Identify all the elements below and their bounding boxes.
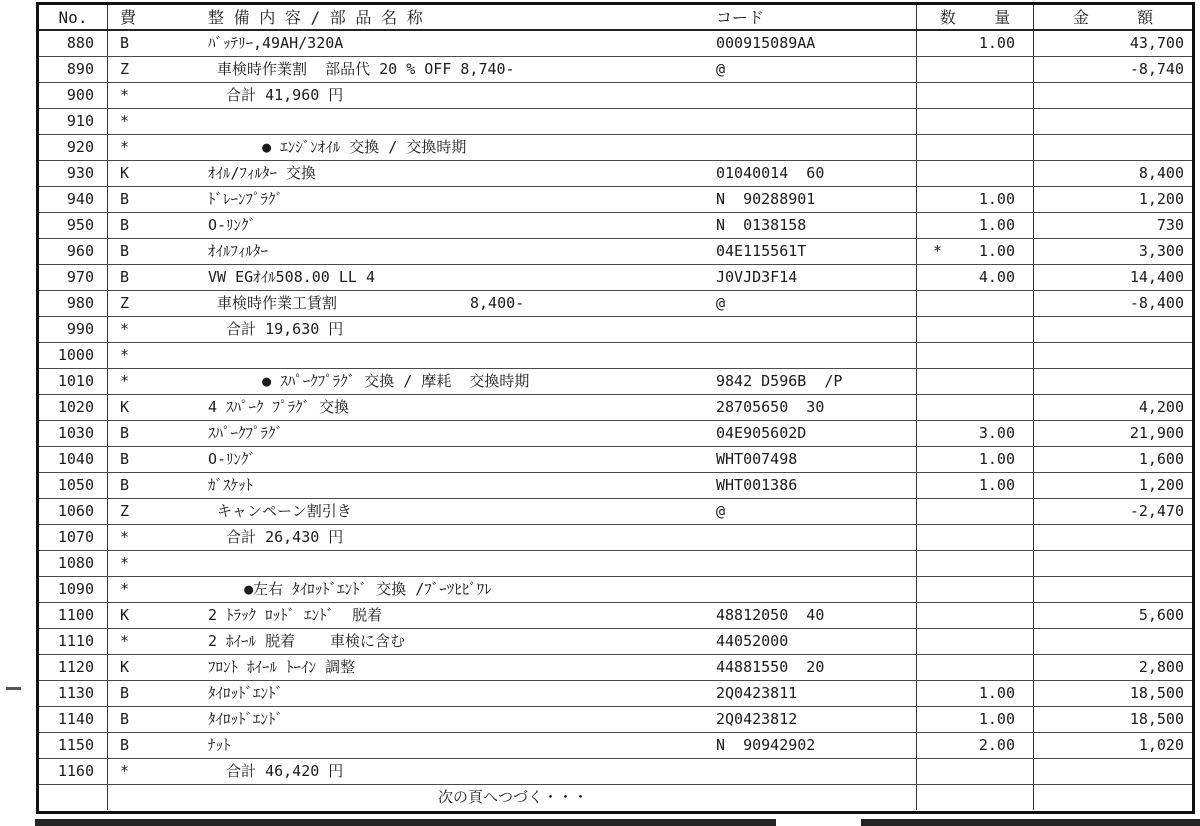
cell-desc-text: VW EGｵｲﾙ508.00 LL 4 [208, 268, 375, 286]
cell-desc: 2 ﾄﾗｯｸ ﾛｯﾄﾞ ｴﾝﾄﾞ 脱着 [148, 603, 704, 628]
cell-middle: * [108, 109, 917, 134]
cell-qty [917, 525, 1034, 550]
cell-desc: キャンペーン割引き [148, 499, 704, 524]
cell-middle: * ●左右 ﾀｲﾛｯﾄﾞｴﾝﾄﾞ 交換 /ﾌﾞｰﾂﾋﾋﾞﾜﾚ [108, 577, 917, 602]
cell-code [704, 577, 916, 602]
cell-qty: 3.00 [917, 421, 1034, 446]
cell-middle: * 合計 19,630 円 [108, 317, 917, 342]
table-row: 1030 B ｽﾊﾟｰｸﾌﾟﾗｸﾞ 04E905602D 3.00 21,900 [39, 421, 1192, 447]
cell-middle: * [108, 551, 917, 576]
cell-middle: * 2 ﾎｲｰﾙ 脱着車検に含む 44052000 [108, 629, 917, 654]
cell-middle: B ｶﾞｽｹｯﾄ WHT001386 [108, 473, 917, 498]
cell-fee: Z [108, 291, 148, 316]
cell-amount: 18,500 [1034, 681, 1192, 706]
cell-no: 1070 [39, 525, 108, 550]
cell-middle: B ﾊﾞｯﾃﾘｰ,49AH/320A 000915089AA [108, 31, 917, 56]
cell-desc-text: O-ﾘﾝｸﾞ [208, 216, 256, 234]
footer-code-cell [704, 785, 916, 810]
table-row: 910 * [39, 109, 1192, 135]
cell-no: 1090 [39, 577, 108, 602]
cell-code: 2Q0423812 [704, 707, 916, 732]
cell-qty [917, 577, 1034, 602]
cell-qty: 1.00 [917, 187, 1034, 212]
cell-code: N 90288901 [704, 187, 916, 212]
cell-fee: K [108, 161, 148, 186]
cell-qty [917, 291, 1034, 316]
cell-code [704, 343, 916, 368]
cell-middle: Z 車検時作業工賃割8,400- @ [108, 291, 917, 316]
cell-desc-text: ﾊﾞｯﾃﾘｰ,49AH/320A [208, 34, 343, 52]
cell-desc: 4 ｽﾊﾟｰｸ ﾌﾟﾗｸﾞ 交換 [148, 395, 704, 420]
cell-middle: * ● ｴﾝｼﾞﾝｵｲﾙ 交換 / 交換時期 [108, 135, 917, 160]
qty-value: 1.00 [979, 473, 1015, 498]
cell-amount [1034, 759, 1192, 784]
cell-amount [1034, 629, 1192, 654]
cell-middle: Z キャンペーン割引き @ [108, 499, 917, 524]
cell-qty [917, 135, 1034, 160]
cell-desc: ｶﾞｽｹｯﾄ [148, 473, 704, 498]
cell-code: N 90942902 [704, 733, 916, 758]
cell-no: 1040 [39, 447, 108, 472]
cell-fee: B [108, 187, 148, 212]
cell-code: 000915089AA [704, 31, 916, 56]
cell-no: 1080 [39, 551, 108, 576]
cell-desc: O-ﾘﾝｸﾞ [148, 447, 704, 472]
cell-code: 44052000 [704, 629, 916, 654]
cell-no: 960 [39, 239, 108, 264]
cell-code: @ [704, 291, 916, 316]
cell-qty [917, 759, 1034, 784]
qty-value: 2.00 [979, 733, 1015, 758]
cell-no: 980 [39, 291, 108, 316]
table-row: 1100 K 2 ﾄﾗｯｸ ﾛｯﾄﾞ ｴﾝﾄﾞ 脱着 48812050 40 5… [39, 603, 1192, 629]
table-row: 1120 K ﾌﾛﾝﾄ ﾎｲｰﾙ ﾄｰｲﾝ 調整 44881550 20 2,8… [39, 655, 1192, 681]
cell-desc: ﾅｯﾄ [148, 733, 704, 758]
cell-middle: Z 車検時作業割 部品代 20 % OFF 8,740- @ [108, 57, 917, 82]
footer-qty-cell [917, 785, 1034, 810]
cell-code: J0VJD3F14 [704, 265, 916, 290]
cell-amount: 1,020 [1034, 733, 1192, 758]
cell-fee: K [108, 395, 148, 420]
cell-qty [917, 83, 1034, 108]
cell-amount [1034, 551, 1192, 576]
cell-amount: 2,800 [1034, 655, 1192, 680]
cell-middle: * 合計 26,430 円 [108, 525, 917, 550]
cell-fee: B [108, 447, 148, 472]
cell-qty: 1.00 [917, 473, 1034, 498]
qty-flag: * [933, 239, 942, 264]
table-row: 960 B ｵｲﾙﾌｨﾙﾀｰ 04E115561T * 1.00 3,300 [39, 239, 1192, 265]
cell-desc-text: ﾀｲﾛｯﾄﾞｴﾝﾄﾞ [208, 684, 283, 702]
cell-desc: ｵｲﾙ/ﾌｨﾙﾀｰ 交換 [148, 161, 704, 186]
cell-middle: * 合計 41,960 円 [108, 83, 917, 108]
cell-fee: Z [108, 57, 148, 82]
cell-fee: K [108, 603, 148, 628]
cell-fee: K [108, 655, 148, 680]
cell-fee: B [108, 239, 148, 264]
cell-qty: 1.00 [917, 681, 1034, 706]
cell-fee: B [108, 421, 148, 446]
cell-middle: B ﾀｲﾛｯﾄﾞｴﾝﾄﾞ 2Q0423811 [108, 681, 917, 706]
table-row: 1080 * [39, 551, 1192, 577]
cell-no: 1000 [39, 343, 108, 368]
table-row: 970 B VW EGｵｲﾙ508.00 LL 4 J0VJD3F14 4.00… [39, 265, 1192, 291]
table-row: 1060 Z キャンペーン割引き @ -2,470 [39, 499, 1192, 525]
cell-code [704, 109, 916, 134]
cell-desc [148, 109, 704, 134]
qty-value: 1.00 [979, 707, 1015, 732]
cell-amount [1034, 317, 1192, 342]
cell-amount [1034, 577, 1192, 602]
table-row: 880 B ﾊﾞｯﾃﾘｰ,49AH/320A 000915089AA 1.00 … [39, 31, 1192, 57]
table-row: 1040 B O-ﾘﾝｸﾞ WHT007498 1.00 1,600 [39, 447, 1192, 473]
cell-middle: K 2 ﾄﾗｯｸ ﾛｯﾄﾞ ｴﾝﾄﾞ 脱着 48812050 40 [108, 603, 917, 628]
cell-code [704, 135, 916, 160]
cell-desc: ● ｴﾝｼﾞﾝｵｲﾙ 交換 / 交換時期 [148, 135, 704, 160]
qty-value: 3.00 [979, 421, 1015, 446]
header-middle: 費 整 備 内 容 / 部 品 名 称 コード [108, 5, 917, 29]
cell-code [704, 759, 916, 784]
cell-desc: ﾄﾞﾚｰﾝﾌﾟﾗｸﾞ [148, 187, 704, 212]
qty-value: 1.00 [979, 187, 1015, 212]
cell-qty [917, 629, 1034, 654]
cell-desc-text: ｶﾞｽｹｯﾄ [208, 476, 253, 494]
table-row: 900 * 合計 41,960 円 [39, 83, 1192, 109]
cell-amount: -2,470 [1034, 499, 1192, 524]
cell-desc-text: ｵｲﾙ/ﾌｨﾙﾀｰ 交換 [208, 164, 316, 182]
cell-middle: B O-ﾘﾝｸﾞ WHT007498 [108, 447, 917, 472]
cell-no: 1120 [39, 655, 108, 680]
cell-desc-text: ● ｴﾝｼﾞﾝｵｲﾙ 交換 / 交換時期 [208, 138, 466, 156]
cell-no: 890 [39, 57, 108, 82]
cell-amount: 21,900 [1034, 421, 1192, 446]
cell-amount: -8,740 [1034, 57, 1192, 82]
cell-desc-text: O-ﾘﾝｸﾞ [208, 450, 256, 468]
cell-no: 1140 [39, 707, 108, 732]
cell-amount: 3,300 [1034, 239, 1192, 264]
cell-code: 04E905602D [704, 421, 916, 446]
cell-qty [917, 655, 1034, 680]
cell-qty [917, 551, 1034, 576]
cell-no: 990 [39, 317, 108, 342]
cell-no: 1100 [39, 603, 108, 628]
cell-no: 940 [39, 187, 108, 212]
cell-middle: B ｵｲﾙﾌｨﾙﾀｰ 04E115561T [108, 239, 917, 264]
qty-value: 1.00 [979, 447, 1015, 472]
cell-qty: * 1.00 [917, 239, 1034, 264]
cell-no: 930 [39, 161, 108, 186]
qty-value: 1.00 [979, 31, 1015, 56]
qty-value: 1.00 [979, 239, 1015, 264]
qty-value: 1.00 [979, 213, 1015, 238]
cell-amount: 1,200 [1034, 187, 1192, 212]
cell-code: 48812050 40 [704, 603, 916, 628]
cell-qty [917, 317, 1034, 342]
cell-desc [148, 551, 704, 576]
cell-code: N 0138158 [704, 213, 916, 238]
cell-qty [917, 369, 1034, 394]
footer-middle-cell: 次の頁へつづく・・・ [108, 785, 917, 810]
cell-code: 9842 D596B /P [704, 369, 916, 394]
table-row: 1090 * ●左右 ﾀｲﾛｯﾄﾞｴﾝﾄﾞ 交換 /ﾌﾞｰﾂﾋﾋﾞﾜﾚ [39, 577, 1192, 603]
cell-middle: B ﾄﾞﾚｰﾝﾌﾟﾗｸﾞ N 90288901 [108, 187, 917, 212]
header-quantity: 数 量 [917, 5, 1034, 29]
cell-no: 970 [39, 265, 108, 290]
cell-fee: B [108, 213, 148, 238]
cell-middle: K ﾌﾛﾝﾄ ﾎｲｰﾙ ﾄｰｲﾝ 調整 44881550 20 [108, 655, 917, 680]
cell-desc: 合計 41,960 円 [148, 83, 704, 108]
cell-middle: B VW EGｵｲﾙ508.00 LL 4 J0VJD3F14 [108, 265, 917, 290]
cell-code [704, 525, 916, 550]
cell-code [704, 551, 916, 576]
cell-middle: * 合計 46,420 円 [108, 759, 917, 784]
cell-desc: ｵｲﾙﾌｨﾙﾀｰ [148, 239, 704, 264]
header-description: 整 備 内 容 / 部 品 名 称 [148, 5, 704, 29]
cell-desc: ﾀｲﾛｯﾄﾞｴﾝﾄﾞ [148, 707, 704, 732]
cell-no: 1010 [39, 369, 108, 394]
cell-desc: 合計 26,430 円 [148, 525, 704, 550]
invoice-table: No. 費 整 備 内 容 / 部 品 名 称 コード 数 量 金 額 880 … [36, 2, 1195, 814]
cell-desc-text: ● ｽﾊﾟｰｸﾌﾟﾗｸﾞ 交換 / 摩耗 交換時期 [208, 372, 529, 390]
table-row: 940 B ﾄﾞﾚｰﾝﾌﾟﾗｸﾞ N 90288901 1.00 1,200 [39, 187, 1192, 213]
cell-qty [917, 603, 1034, 628]
qty-value: 1.00 [979, 681, 1015, 706]
cell-amount [1034, 369, 1192, 394]
table-row: 930 K ｵｲﾙ/ﾌｨﾙﾀｰ 交換 01040014 60 8,400 [39, 161, 1192, 187]
cell-no: 1030 [39, 421, 108, 446]
cell-desc-text: 車検時作業工賃割 [208, 294, 337, 312]
cell-fee: B [108, 473, 148, 498]
cell-qty [917, 395, 1034, 420]
cell-desc: ●左右 ﾀｲﾛｯﾄﾞｴﾝﾄﾞ 交換 /ﾌﾞｰﾂﾋﾋﾞﾜﾚ [148, 577, 704, 602]
cell-desc-text: 合計 46,420 円 [208, 762, 343, 780]
cell-qty [917, 57, 1034, 82]
cell-code: 28705650 30 [704, 395, 916, 420]
cell-code: @ [704, 499, 916, 524]
cell-no: 910 [39, 109, 108, 134]
cell-code: 44881550 20 [704, 655, 916, 680]
cell-desc: ｽﾊﾟｰｸﾌﾟﾗｸﾞ [148, 421, 704, 446]
cell-code [704, 317, 916, 342]
continuation-note: 次の頁へつづく・・・ [208, 785, 704, 810]
cell-middle: B ｽﾊﾟｰｸﾌﾟﾗｸﾞ 04E905602D [108, 421, 917, 446]
cell-fee: B [108, 265, 148, 290]
cell-fee: * [108, 577, 148, 602]
cell-code [704, 83, 916, 108]
cell-desc-text: ●左右 ﾀｲﾛｯﾄﾞｴﾝﾄﾞ 交換 /ﾌﾞｰﾂﾋﾋﾞﾜﾚ [208, 580, 492, 598]
cell-fee: * [108, 109, 148, 134]
footer-fee-cell [108, 785, 148, 810]
margin-tick [6, 687, 21, 690]
next-table-top-border-left [35, 819, 776, 826]
cell-qty [917, 109, 1034, 134]
cell-middle: B ﾅｯﾄ N 90942902 [108, 733, 917, 758]
header-code: コード [704, 5, 916, 29]
cell-desc: 合計 46,420 円 [148, 759, 704, 784]
cell-desc-text: 2 ﾄﾗｯｸ ﾛｯﾄﾞ ｴﾝﾄﾞ 脱着 [208, 606, 382, 624]
table-row: 1010 * ● ｽﾊﾟｰｸﾌﾟﾗｸﾞ 交換 / 摩耗 交換時期 9842 D5… [39, 369, 1192, 395]
table-row: 1130 B ﾀｲﾛｯﾄﾞｴﾝﾄﾞ 2Q0423811 1.00 18,500 [39, 681, 1192, 707]
cell-no: 1060 [39, 499, 108, 524]
cell-qty [917, 499, 1034, 524]
cell-fee: * [108, 317, 148, 342]
cell-desc: 2 ﾎｲｰﾙ 脱着車検に含む [148, 629, 704, 654]
cell-qty [917, 343, 1034, 368]
cell-desc-text: ｵｲﾙﾌｨﾙﾀｰ [208, 242, 268, 260]
cell-no: 1130 [39, 681, 108, 706]
cell-desc-text: 2 ﾎｲｰﾙ 脱着 [208, 632, 295, 650]
table-row: 890 Z 車検時作業割 部品代 20 % OFF 8,740- @ -8,74… [39, 57, 1192, 83]
table-row: 920 * ● ｴﾝｼﾞﾝｵｲﾙ 交換 / 交換時期 [39, 135, 1192, 161]
cell-code: 04E115561T [704, 239, 916, 264]
footer-desc-cell: 次の頁へつづく・・・ [148, 785, 704, 810]
cell-qty: 1.00 [917, 213, 1034, 238]
cell-fee: * [108, 369, 148, 394]
cell-qty: 4.00 [917, 265, 1034, 290]
cell-no: 920 [39, 135, 108, 160]
cell-desc-text: ﾄﾞﾚｰﾝﾌﾟﾗｸﾞ [208, 190, 283, 208]
cell-amount [1034, 109, 1192, 134]
footer-no-cell [39, 785, 108, 810]
header-amount: 金 額 [1034, 5, 1192, 29]
cell-desc-text: 合計 26,430 円 [208, 528, 343, 546]
cell-desc-text: 合計 19,630 円 [208, 320, 343, 338]
cell-amount [1034, 135, 1192, 160]
cell-fee: B [108, 733, 148, 758]
cell-desc-text: ﾀｲﾛｯﾄﾞｴﾝﾄﾞ [208, 710, 283, 728]
cell-code: @ [704, 57, 916, 82]
cell-amount [1034, 343, 1192, 368]
table-row: 1050 B ｶﾞｽｹｯﾄ WHT001386 1.00 1,200 [39, 473, 1192, 499]
cell-fee: Z [108, 499, 148, 524]
continuation-row: 次の頁へつづく・・・ [39, 785, 1192, 810]
table-row: 1070 * 合計 26,430 円 [39, 525, 1192, 551]
cell-no: 1110 [39, 629, 108, 654]
cell-desc [148, 343, 704, 368]
cell-qty: 1.00 [917, 31, 1034, 56]
cell-fee: * [108, 629, 148, 654]
cell-amount: 8,400 [1034, 161, 1192, 186]
cell-code: WHT007498 [704, 447, 916, 472]
next-table-top-border-right [861, 819, 1200, 826]
table-row: 980 Z 車検時作業工賃割8,400- @ -8,400 [39, 291, 1192, 317]
cell-middle: B O-ﾘﾝｸﾞ N 0138158 [108, 213, 917, 238]
cell-desc: O-ﾘﾝｸﾞ [148, 213, 704, 238]
cell-amount: 1,600 [1034, 447, 1192, 472]
inline-note: 8,400- [470, 291, 524, 316]
footer-amount-cell [1034, 785, 1192, 810]
cell-fee: * [108, 759, 148, 784]
cell-desc-text: ﾌﾛﾝﾄ ﾎｲｰﾙ ﾄｰｲﾝ 調整 [208, 658, 355, 676]
cell-qty: 1.00 [917, 707, 1034, 732]
cell-middle: K 4 ｽﾊﾟｰｸ ﾌﾟﾗｸﾞ 交換 28705650 30 [108, 395, 917, 420]
cell-desc: ● ｽﾊﾟｰｸﾌﾟﾗｸﾞ 交換 / 摩耗 交換時期 [148, 369, 704, 394]
cell-fee: * [108, 343, 148, 368]
cell-amount: -8,400 [1034, 291, 1192, 316]
cell-desc-text: キャンペーン割引き [208, 502, 352, 520]
inline-note: 車検に含む [330, 629, 405, 654]
cell-desc: ﾊﾞｯﾃﾘｰ,49AH/320A [148, 31, 704, 56]
cell-middle: * [108, 343, 917, 368]
cell-middle: * ● ｽﾊﾟｰｸﾌﾟﾗｸﾞ 交換 / 摩耗 交換時期 9842 D596B /… [108, 369, 917, 394]
table-row: 1000 * [39, 343, 1192, 369]
cell-desc: ﾌﾛﾝﾄ ﾎｲｰﾙ ﾄｰｲﾝ 調整 [148, 655, 704, 680]
cell-desc-text: ｽﾊﾟｰｸﾌﾟﾗｸﾞ [208, 424, 283, 442]
cell-code: 2Q0423811 [704, 681, 916, 706]
cell-amount: 43,700 [1034, 31, 1192, 56]
cell-no: 1050 [39, 473, 108, 498]
cell-amount [1034, 83, 1192, 108]
cell-fee: * [108, 525, 148, 550]
cell-desc-text: 4 ｽﾊﾟｰｸ ﾌﾟﾗｸﾞ 交換 [208, 398, 349, 416]
cell-no: 1020 [39, 395, 108, 420]
cell-amount: 18,500 [1034, 707, 1192, 732]
table-body: 880 B ﾊﾞｯﾃﾘｰ,49AH/320A 000915089AA 1.00 … [39, 31, 1192, 785]
cell-qty: 2.00 [917, 733, 1034, 758]
cell-desc-text: 車検時作業割 部品代 20 % OFF 8,740- [208, 60, 515, 78]
cell-fee: * [108, 551, 148, 576]
cell-middle: K ｵｲﾙ/ﾌｨﾙﾀｰ 交換 01040014 60 [108, 161, 917, 186]
cell-no: 950 [39, 213, 108, 238]
cell-desc: VW EGｵｲﾙ508.00 LL 4 [148, 265, 704, 290]
cell-fee: * [108, 135, 148, 160]
cell-desc: 車検時作業工賃割8,400- [148, 291, 704, 316]
cell-fee: * [108, 83, 148, 108]
cell-amount: 730 [1034, 213, 1192, 238]
cell-no: 1150 [39, 733, 108, 758]
cell-fee: B [108, 707, 148, 732]
cell-qty [917, 161, 1034, 186]
cell-code: 01040014 60 [704, 161, 916, 186]
table-row: 950 B O-ﾘﾝｸﾞ N 0138158 1.00 730 [39, 213, 1192, 239]
table-row: 1160 * 合計 46,420 円 [39, 759, 1192, 785]
header-fee: 費 [108, 5, 148, 29]
cell-amount [1034, 525, 1192, 550]
cell-code: WHT001386 [704, 473, 916, 498]
cell-desc-text: ﾅｯﾄ [208, 736, 231, 754]
cell-desc-text: 合計 41,960 円 [208, 86, 343, 104]
cell-fee: B [108, 31, 148, 56]
header-no: No. [39, 5, 108, 29]
cell-no: 880 [39, 31, 108, 56]
table-row: 990 * 合計 19,630 円 [39, 317, 1192, 343]
cell-desc: 合計 19,630 円 [148, 317, 704, 342]
table-row: 1150 B ﾅｯﾄ N 90942902 2.00 1,020 [39, 733, 1192, 759]
cell-amount: 5,600 [1034, 603, 1192, 628]
table-row: 1110 * 2 ﾎｲｰﾙ 脱着車検に含む 44052000 [39, 629, 1192, 655]
cell-no: 1160 [39, 759, 108, 784]
table-row: 1020 K 4 ｽﾊﾟｰｸ ﾌﾟﾗｸﾞ 交換 28705650 30 4,20… [39, 395, 1192, 421]
cell-no: 900 [39, 83, 108, 108]
cell-amount: 4,200 [1034, 395, 1192, 420]
qty-value: 4.00 [979, 265, 1015, 290]
cell-amount: 1,200 [1034, 473, 1192, 498]
table-header: No. 費 整 備 内 容 / 部 品 名 称 コード 数 量 金 額 [39, 5, 1192, 31]
cell-desc: 車検時作業割 部品代 20 % OFF 8,740- [148, 57, 704, 82]
cell-fee: B [108, 681, 148, 706]
cell-qty: 1.00 [917, 447, 1034, 472]
cell-amount: 14,400 [1034, 265, 1192, 290]
cell-desc: ﾀｲﾛｯﾄﾞｴﾝﾄﾞ [148, 681, 704, 706]
cell-middle: B ﾀｲﾛｯﾄﾞｴﾝﾄﾞ 2Q0423812 [108, 707, 917, 732]
table-row: 1140 B ﾀｲﾛｯﾄﾞｴﾝﾄﾞ 2Q0423812 1.00 18,500 [39, 707, 1192, 733]
